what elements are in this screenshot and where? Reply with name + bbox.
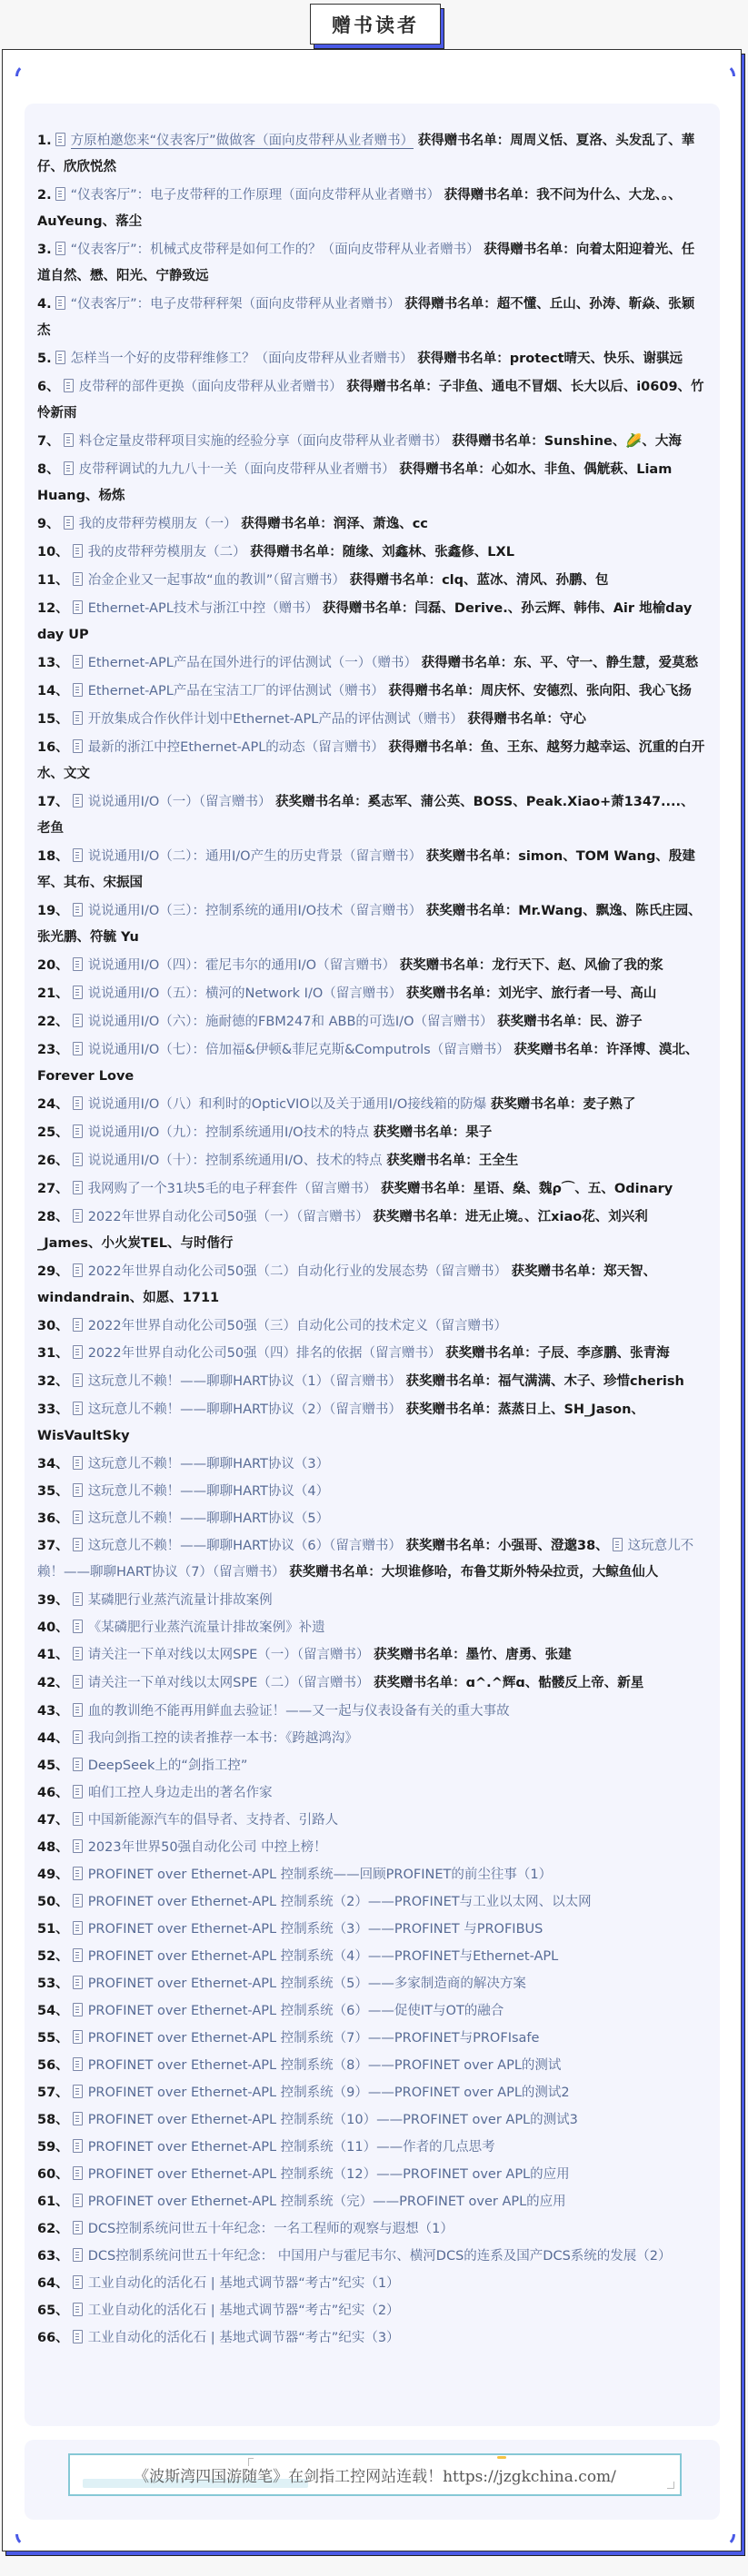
list-item: 1.方原柏邀您来“仪表客厅”做做客（面向皮带秤从业者赠书） 获得赠书名单：周周义…: [37, 128, 707, 181]
list-item: 11、冶金企业又一起事故“血的教训”（留言赠书） 获得赠书名单：clq、蓝冰、清…: [37, 568, 707, 594]
document-icon: [73, 2330, 83, 2343]
list-item: 10、我的皮带秤劳模朋友（二） 获得赠书名单：随缘、刘鑫林、张鑫修、LXL: [37, 540, 707, 566]
promo-banner[interactable]: 《波斯湾四国游随笔》在剑指工控网站连载！https://jzgkchina.co…: [68, 2453, 682, 2496]
document-icon: [613, 1538, 623, 1551]
item-number: 54、: [37, 2004, 69, 2018]
list-item: 37、这玩意儿不赖！——聊聊HART协议（6）（留言赠书） 获奖赠书名单：小强哥…: [37, 1533, 707, 1586]
article-link[interactable]: 这玩意儿不赖！——聊聊HART协议（6）（留言赠书）: [88, 1539, 402, 1553]
document-icon: [64, 461, 74, 475]
list-item: 8、皮带秤调试的九九八十一关（面向皮带秤从业者赠书） 获得赠书名单：心如水、非鱼…: [37, 457, 707, 510]
article-link[interactable]: DCS控制系统问世五十年纪念：一名工程师的观察与遐想（1）: [88, 2222, 454, 2236]
article-link[interactable]: PROFINET over Ethernet-APL 控制系统（4）——PROF…: [88, 1949, 559, 1964]
document-icon: [73, 683, 83, 697]
list-item: 18、说说通用I/O（二）：通用I/O产生的历史背景（留言赠书） 获奖赠书名单：…: [37, 844, 707, 897]
item-number: 20、: [37, 958, 69, 973]
document-icon: [73, 1263, 83, 1277]
item-number: 19、: [37, 904, 69, 918]
document-icon: [73, 2221, 83, 2234]
article-link[interactable]: 说说通用I/O（七）：倍加福&伊顿&菲尼克斯&Computrols（留言赠书）: [88, 1043, 510, 1057]
article-link[interactable]: PROFINET over Ethernet-APL 控制系统（8）——PROF…: [88, 2058, 562, 2073]
item-number: 27、: [37, 1182, 69, 1196]
article-link[interactable]: 说说通用I/O（一）（留言赠书）: [88, 795, 272, 809]
list-item: 64、工业自动化的活化石 | 基地式调节器“考古”纪实（1）: [37, 2271, 707, 2297]
article-link[interactable]: 我网购了一个31块5毛的电子秤套件（留言赠书）: [88, 1182, 377, 1196]
document-icon: [73, 2057, 83, 2071]
list-item: 55、PROFINET over Ethernet-APL 控制系统（7）——P…: [37, 2026, 707, 2052]
item-number: 4.: [37, 297, 52, 312]
item-number: 62、: [37, 2222, 69, 2236]
article-link[interactable]: 我向剑指工控的读者推荐一本书：《跨越鸿沟》: [88, 1731, 358, 1746]
article-link[interactable]: 这玩意儿不赖！——聊聊HART协议（5）: [88, 1511, 329, 1526]
winners-list: 获奖赠书名单：王全生: [386, 1154, 518, 1168]
document-icon: [73, 1730, 83, 1744]
document-icon: [73, 1785, 83, 1798]
list-item: 44、我向剑指工控的读者推荐一本书：《跨越鸿沟》: [37, 1726, 707, 1752]
document-icon: [73, 2139, 83, 2153]
item-number: 32、: [37, 1374, 69, 1389]
document-icon: [73, 903, 83, 916]
item-number: 12、: [37, 601, 69, 616]
item-number: 49、: [37, 1868, 69, 1882]
article-link[interactable]: 工业自动化的活化石 | 基地式调节器“考古”纪实（1）: [88, 2276, 400, 2291]
item-number: 33、: [37, 1402, 69, 1417]
document-icon: [73, 1014, 83, 1027]
article-link[interactable]: 说说通用I/O（九）：控制系统通用I/O技术的特点: [88, 1125, 369, 1140]
article-link[interactable]: DeepSeek上的“剑指工控”: [88, 1759, 248, 1773]
document-icon: [73, 1921, 83, 1935]
article-link[interactable]: 料仓定量皮带秤项目实施的经验分享（面向皮带秤从业者赠书）: [79, 434, 448, 449]
article-link[interactable]: 2022年世界自动化公司50强（二）自动化行业的发展态势（留言赠书）: [88, 1264, 507, 1279]
document-icon: [73, 1976, 83, 1989]
item-number: 9、: [37, 517, 60, 531]
document-icon: [73, 1592, 83, 1606]
list-item: 32、这玩意儿不赖！——聊聊HART协议（1）（留言赠书） 获奖赠书名单：福气满…: [37, 1369, 707, 1395]
item-number: 63、: [37, 2249, 69, 2264]
item-number: 10、: [37, 545, 69, 560]
winners-list: 获得赠书名单：protect晴天、快乐、谢骐远: [417, 352, 683, 366]
article-link[interactable]: 说说通用I/O（十）：控制系统通用I/O、技术的特点: [88, 1154, 383, 1168]
document-icon: [73, 1867, 83, 1880]
item-number: 11、: [37, 573, 69, 588]
list-item: 2.“仪表客厅”：电子皮带秤的工作原理（面向皮带秤从业者赠书） 获得赠书名单：我…: [37, 183, 707, 235]
item-number: 35、: [37, 1484, 69, 1499]
article-link[interactable]: 这玩意儿不赖！——聊聊HART协议（2）（留言赠书）: [88, 1402, 402, 1417]
item-number: 31、: [37, 1346, 69, 1361]
item-number: 42、: [37, 1676, 69, 1690]
document-icon: [73, 2194, 83, 2207]
winners-list: 获奖赠书名单：刘光宇、旅行者一号、高山: [406, 986, 657, 1001]
list-item: 50、PROFINET over Ethernet-APL 控制系统（2）——P…: [37, 1889, 707, 1916]
section-title: 赠书读者: [310, 4, 441, 45]
document-icon: [73, 600, 83, 614]
book-giveaway-panel: 1.方原柏邀您来“仪表客厅”做做客（面向皮带秤从业者赠书） 获得赠书名单：周周义…: [25, 104, 720, 2426]
list-item: 42、请关注一下单对线以太网SPE（二）（留言赠书） 获奖赠书名单：ɑ^.^辉ɑ…: [37, 1670, 707, 1697]
article-link[interactable]: PROFINET over Ethernet-APL 控制系统（7）——PROF…: [88, 2031, 540, 2046]
article-link[interactable]: PROFINET over Ethernet-APL 控制系统（11）——作者的…: [88, 2140, 495, 2155]
item-number: 13、: [37, 656, 69, 670]
item-number: 1.: [37, 134, 52, 148]
winners-list: 获奖赠书名单：果子: [374, 1125, 493, 1140]
list-item: 17、说说通用I/O（一）（留言赠书） 获奖赠书名单：奚志军、蒲公英、BOSS、…: [37, 789, 707, 842]
article-link[interactable]: 说说通用I/O（四）：霍尼韦尔的通用I/O（留言赠书）: [88, 958, 395, 973]
article-link[interactable]: 最新的浙江中控Ethernet-APL的动态（留言赠书）: [88, 740, 384, 755]
document-icon: [73, 1125, 83, 1138]
item-number: 46、: [37, 1786, 69, 1800]
banner-text: 《波斯湾四国游随笔》在剑指工控网站连载！https://jzgkchina.co…: [134, 2463, 616, 2486]
list-item: 15、开放集成合作伙伴计划中Ethernet-APL产品的评估测试（赠书） 获得…: [37, 707, 707, 733]
list-item: 13、Ethernet-APL产品在国外进行的评估测试（一）（赠书） 获得赠书名…: [37, 650, 707, 677]
list-item: 22、说说通用I/O（六）：施耐德的FBM247和 ABB的可选I/O（留言赠书…: [37, 1009, 707, 1035]
article-link[interactable]: 《某磷肥行业蒸汽流量计排故案例》补遗: [88, 1620, 325, 1635]
item-number: 52、: [37, 1949, 69, 1964]
item-number: 37、: [37, 1539, 69, 1553]
document-icon: [73, 2166, 83, 2180]
document-icon: [55, 187, 65, 201]
list-item: 39、某磷肥行业蒸汽流量计排故案例: [37, 1588, 707, 1614]
list-item: 49、PROFINET over Ethernet-APL 控制系统——回顾PR…: [37, 1862, 707, 1888]
document-icon: [73, 2112, 83, 2125]
document-icon: [73, 1647, 83, 1660]
winners-list: 获得赠书名单：clq、蓝冰、清风、孙鹏、包: [350, 573, 609, 588]
article-link[interactable]: 请关注一下单对线以太网SPE（二）（留言赠书）: [88, 1676, 370, 1690]
item-number: 44、: [37, 1731, 69, 1746]
list-item: 65、工业自动化的活化石 | 基地式调节器“考古”纪实（2）: [37, 2298, 707, 2324]
winners-list: 获奖赠书名单：大坝谁修哈，布鲁艾斯外特朵拉贡，大鲸鱼仙人: [289, 1565, 658, 1580]
list-item: 34、这玩意儿不赖！——聊聊HART协议（3）: [37, 1451, 707, 1478]
document-icon: [73, 2303, 83, 2316]
item-number: 15、: [37, 712, 69, 727]
list-item: 29、2022年世界自动化公司50强（二）自动化行业的发展态势（留言赠书） 获奖…: [37, 1259, 707, 1312]
item-number: 34、: [37, 1457, 69, 1471]
document-icon: [55, 296, 65, 310]
list-item: 28、2022年世界自动化公司50强（一）（留言赠书） 获奖赠书名单：进无止境。…: [37, 1204, 707, 1257]
list-item: 43、血的教训绝不能再用鲜血去验证！——又一起与仪表设备有关的重大事故: [37, 1699, 707, 1725]
document-icon: [73, 986, 83, 999]
list-item: 61、PROFINET over Ethernet-APL 控制系统（完）——P…: [37, 2189, 707, 2215]
document-icon: [73, 1948, 83, 1962]
document-icon: [73, 572, 83, 586]
document-icon: [73, 1209, 83, 1223]
item-number: 55、: [37, 2031, 69, 2046]
list-item: 45、DeepSeek上的“剑指工控”: [37, 1753, 707, 1779]
document-icon: [73, 739, 83, 753]
document-icon: [73, 1345, 83, 1359]
item-number: 45、: [37, 1759, 69, 1773]
item-number: 21、: [37, 986, 69, 1001]
item-number: 16、: [37, 740, 69, 755]
article-link[interactable]: PROFINET over Ethernet-APL 控制系统——回顾PROFI…: [88, 1868, 552, 1882]
bracket-decoration: [667, 2482, 674, 2489]
article-link[interactable]: 皮带秤的部件更换（面向皮带秤从业者赠书）: [79, 380, 343, 394]
article-link[interactable]: 说说通用I/O（三）：控制系统的通用I/O技术（留言赠书）: [88, 904, 422, 918]
article-link[interactable]: Ethernet-APL产品在宝洁工厂的评估测试（赠书）: [88, 684, 384, 698]
winners-list: 获得赠书名单：守心: [467, 712, 586, 727]
document-icon: [73, 1894, 83, 1907]
list-item: 26、说说通用I/O（十）：控制系统通用I/O、技术的特点 获奖赠书名单：王全生: [37, 1148, 707, 1174]
item-number: 2.: [37, 188, 52, 203]
list-item: 30、2022年世界自动化公司50强（三）自动化公司的技术定义（留言赠书）: [37, 1313, 707, 1340]
article-link[interactable]: 工业自动化的活化石 | 基地式调节器“考古”纪实（3）: [88, 2331, 400, 2345]
item-number: 29、: [37, 1264, 69, 1279]
list-item: 36、这玩意儿不赖！——聊聊HART协议（5）: [37, 1506, 707, 1532]
article-link[interactable]: 2022年世界自动化公司50强（一）（留言赠书）: [88, 1210, 369, 1224]
list-item: 53、PROFINET over Ethernet-APL 控制系统（5）——多…: [37, 1971, 707, 1997]
article-link[interactable]: 方原柏邀您来“仪表客厅”做做客（面向皮带秤从业者赠书）: [71, 134, 414, 149]
document-icon: [73, 1511, 83, 1524]
list-item: 58、PROFINET over Ethernet-APL 控制系统（10）——…: [37, 2107, 707, 2134]
document-icon: [73, 544, 83, 558]
list-item: 52、PROFINET over Ethernet-APL 控制系统（4）——P…: [37, 1944, 707, 1970]
list-item: 41、请关注一下单对线以太网SPE（一）（留言赠书） 获奖赠书名单：墨竹、唐勇、…: [37, 1642, 707, 1669]
article-link[interactable]: 2023年世界50强自动化公司 中控上榜！: [88, 1840, 327, 1855]
document-icon: [73, 1153, 83, 1166]
winners-list: 获奖赠书名单：墨竹、唐勇、张建: [374, 1648, 572, 1662]
document-icon: [73, 1675, 83, 1689]
document-icon: [73, 655, 83, 669]
list-item: 63、DCS控制系统问世五十年纪念： 中国用户与霍尼韦尔、横河DCS的连系及国产…: [37, 2244, 707, 2270]
article-link[interactable]: 某磷肥行业蒸汽流量计排故案例: [88, 1593, 273, 1608]
item-number: 66、: [37, 2331, 69, 2345]
item-number: 3.: [37, 243, 52, 257]
list-item: 60、PROFINET over Ethernet-APL 控制系统（12）——…: [37, 2162, 707, 2188]
article-link[interactable]: 这玩意儿不赖！——聊聊HART协议（3）: [88, 1457, 329, 1471]
item-number: 24、: [37, 1097, 69, 1112]
list-item: 27、我网购了一个31块5毛的电子秤套件（留言赠书） 获奖赠书名单：星语、燊、魏…: [37, 1176, 707, 1203]
item-number: 65、: [37, 2304, 69, 2318]
document-icon: [73, 2248, 83, 2262]
article-link[interactable]: PROFINET over Ethernet-APL 控制系统（2）——PROF…: [88, 1895, 592, 1909]
article-link[interactable]: “仪表客厅”：电子皮带秤秤架（面向皮带秤从业者赠书）: [71, 297, 401, 312]
list-item: 23、说说通用I/O（七）：倍加福&伊顿&菲尼克斯&Computrols（留言赠…: [37, 1037, 707, 1090]
document-icon: [73, 1042, 83, 1055]
list-item: 9、我的皮带秤劳模朋友（一） 获得赠书名单：润泽、萧逸、cc: [37, 511, 707, 538]
list-item: 21、说说通用I/O（五）：横河的Network I/O（留言赠书） 获奖赠书名…: [37, 981, 707, 1007]
item-number: 8、: [37, 462, 60, 477]
document-icon: [64, 379, 74, 392]
document-icon: [73, 957, 83, 971]
winners-list: 获得赠书名单：周庆怀、安德烈、张向阳、我心飞扬: [388, 684, 692, 698]
article-link[interactable]: 皮带秤调试的九九八十一关（面向皮带秤从业者赠书）: [79, 462, 395, 477]
list-item: 57、PROFINET over Ethernet-APL 控制系统（9）——P…: [37, 2080, 707, 2106]
item-number: 40、: [37, 1620, 69, 1635]
list-item: 25、说说通用I/O（九）：控制系统通用I/O技术的特点 获奖赠书名单：果子: [37, 1120, 707, 1146]
item-number: 57、: [37, 2086, 69, 2100]
list-item: 56、PROFINET over Ethernet-APL 控制系统（8）——P…: [37, 2053, 707, 2079]
list-item: 40、《某磷肥行业蒸汽流量计排故案例》补遗: [37, 1615, 707, 1641]
item-number: 5.: [37, 352, 52, 366]
article-link[interactable]: PROFINET over Ethernet-APL 控制系统（完）——PROF…: [88, 2195, 566, 2209]
document-icon: [73, 2085, 83, 2098]
giveaway-list: 1.方原柏邀您来“仪表客厅”做做客（面向皮带秤从业者赠书） 获得赠书名单：周周义…: [37, 128, 707, 2352]
winners-list: 获奖赠书名单：福气满满、木子、珍惜cherish: [405, 1374, 683, 1389]
document-icon: [73, 1703, 83, 1717]
list-item: 48、2023年世界50强自动化公司 中控上榜！: [37, 1835, 707, 1861]
document-icon: [73, 711, 83, 725]
item-number: 28、: [37, 1210, 69, 1224]
item-number: 58、: [37, 2113, 69, 2127]
list-item: 35、这玩意儿不赖！——聊聊HART协议（4）: [37, 1479, 707, 1505]
item-number: 47、: [37, 1813, 69, 1828]
document-icon: [73, 1181, 83, 1194]
item-number: 43、: [37, 1704, 69, 1719]
winners-list: 获得赠书名单：Sunshine、🌽、大海: [452, 434, 682, 449]
article-link[interactable]: 血的教训绝不能再用鲜血去验证！——又一起与仪表设备有关的重大事故: [88, 1704, 510, 1719]
winners-list: 获奖赠书名单：麦子熟了: [491, 1097, 636, 1112]
item-number: 60、: [37, 2167, 69, 2182]
article-link[interactable]: 说说通用I/O（五）：横河的Network I/O（留言赠书）: [88, 986, 403, 1001]
item-number: 41、: [37, 1648, 69, 1662]
article-link[interactable]: PROFINET over Ethernet-APL 控制系统（3）——PROF…: [88, 1922, 544, 1937]
item-number: 18、: [37, 849, 69, 864]
document-icon: [64, 433, 74, 447]
winners-list: 获奖赠书名单：ɑ^.^辉ɑ、骷髅反上帝、新星: [374, 1676, 643, 1690]
article-link[interactable]: Ethernet-APL产品在国外进行的评估测试（一）（赠书）: [88, 656, 417, 670]
winners-list: 获得赠书名单：随缘、刘鑫林、张鑫修、LXL: [250, 545, 514, 560]
document-icon: [73, 848, 83, 862]
winners-list: 获奖赠书名单：民、游子: [497, 1015, 643, 1029]
list-item: 7、料仓定量皮带秤项目实施的经验分享（面向皮带秤从业者赠书） 获得赠书名单：Su…: [37, 429, 707, 455]
document-icon: [73, 1373, 83, 1387]
article-link[interactable]: “仪表客厅”：电子皮带秤的工作原理（面向皮带秤从业者赠书）: [71, 188, 441, 203]
document-icon: [55, 351, 65, 364]
article-link[interactable]: 2022年世界自动化公司50强（三）自动化公司的技术定义（留言赠书）: [88, 1319, 507, 1333]
document-icon: [73, 1839, 83, 1853]
list-item: 4.“仪表客厅”：电子皮带秤秤架（面向皮带秤从业者赠书） 获得赠书名单：超不懂、…: [37, 292, 707, 344]
article-link[interactable]: PROFINET over Ethernet-APL 控制系统（6）——促使IT…: [88, 2004, 504, 2018]
item-number: 36、: [37, 1511, 69, 1526]
item-number: 56、: [37, 2058, 69, 2073]
article-link[interactable]: PROFINET over Ethernet-APL 控制系统（10）——PRO…: [88, 2113, 578, 2127]
winners-list: 获奖赠书名单：星语、燊、魏ρ⌒、五、Odinary: [381, 1182, 673, 1196]
document-icon: [73, 794, 83, 807]
article-link[interactable]: 咱们工控人身边走出的著名作家: [88, 1786, 273, 1800]
item-number: 53、: [37, 1977, 69, 1991]
article-link[interactable]: 这玩意儿不赖！——聊聊HART协议（1）（留言赠书）: [88, 1374, 402, 1389]
item-number: 59、: [37, 2140, 69, 2155]
list-item: 47、中国新能源汽车的倡导者、支持者、引路人: [37, 1808, 707, 1834]
document-icon: [73, 1318, 83, 1332]
document-icon: [64, 516, 74, 530]
article-link[interactable]: 说说通用I/O（六）：施耐德的FBM247和 ABB的可选I/O（留言赠书）: [88, 1015, 494, 1029]
article-link[interactable]: 怎样当一个好的皮带秤维修工？（面向皮带秤从业者赠书）: [71, 352, 414, 366]
article-link[interactable]: 说说通用I/O（二）：通用I/O产生的历史背景（留言赠书）: [88, 849, 422, 864]
article-link[interactable]: 说说通用I/O（八）和利时的OpticVIO以及关于通用I/O接线箱的防爆: [88, 1097, 487, 1112]
item-number: 48、: [37, 1840, 69, 1855]
document-icon: [73, 1758, 83, 1771]
item-number: 61、: [37, 2195, 69, 2209]
winners-list: 获得赠书名单：润泽、萧逸、cc: [241, 517, 428, 531]
document-icon: [73, 1538, 83, 1551]
document-icon: [73, 1483, 83, 1497]
item-number: 64、: [37, 2276, 69, 2291]
item-number: 22、: [37, 1015, 69, 1029]
item-number: 39、: [37, 1593, 69, 1608]
article-link[interactable]: PROFINET over Ethernet-APL 控制系统（5）——多家制造…: [88, 1977, 526, 1991]
item-number: 30、: [37, 1319, 69, 1333]
document-icon: [73, 1456, 83, 1470]
list-item: 3.“仪表客厅”：机械式皮带秤是如何工作的？（面向皮带秤从业者赠书） 获得赠书名…: [37, 237, 707, 290]
document-icon: [55, 242, 65, 255]
dot-decoration: [497, 2456, 506, 2459]
list-item: 16、最新的浙江中控Ethernet-APL的动态（留言赠书） 获得赠书名单：鱼…: [37, 735, 707, 788]
list-item: 31、2022年世界自动化公司50强（四）排名的依据（留言赠书） 获奖赠书名单：…: [37, 1341, 707, 1367]
winners-list: 获奖赠书名单：龙行天下、赵、风偷了我的浆: [400, 958, 663, 973]
article-link[interactable]: DCS控制系统问世五十年纪念： 中国用户与霍尼韦尔、横河DCS的连系及国产DCS…: [88, 2249, 672, 2264]
list-item: 33、这玩意儿不赖！——聊聊HART协议（2）（留言赠书） 获奖赠书名单：蒸蒸日…: [37, 1397, 707, 1450]
list-item: 20、说说通用I/O（四）：霍尼韦尔的通用I/O（留言赠书） 获奖赠书名单：龙行…: [37, 953, 707, 979]
item-number: 6、: [37, 380, 60, 394]
document-icon: [73, 2030, 83, 2044]
list-item: 12、Ethernet-APL技术与浙江中控（赠书） 获得赠书名单：闫磊、Der…: [37, 596, 707, 649]
list-item: 54、PROFINET over Ethernet-APL 控制系统（6）——促…: [37, 1998, 707, 2025]
list-item: 51、PROFINET over Ethernet-APL 控制系统（3）——P…: [37, 1917, 707, 1943]
article-link[interactable]: PROFINET over Ethernet-APL 控制系统（9）——PROF…: [88, 2086, 570, 2100]
item-number: 7、: [37, 434, 60, 449]
document-icon: [73, 2275, 83, 2289]
winners-list: 获奖赠书名单：小强哥、澄邈38、: [405, 1539, 608, 1553]
article-link[interactable]: 我的皮带秤劳模朋友（二）: [88, 545, 246, 560]
article-link[interactable]: 请关注一下单对线以太网SPE（一）（留言赠书）: [88, 1648, 370, 1662]
document-icon: [73, 1402, 83, 1415]
item-number: 23、: [37, 1043, 69, 1057]
document-icon: [73, 1812, 83, 1826]
item-number: 26、: [37, 1154, 69, 1168]
list-item: 46、咱们工控人身边走出的著名作家: [37, 1780, 707, 1807]
item-number: 17、: [37, 795, 69, 809]
list-item: 24、说说通用I/O（八）和利时的OpticVIO以及关于通用I/O接线箱的防爆…: [37, 1092, 707, 1118]
list-item: 6、皮带秤的部件更换（面向皮带秤从业者赠书） 获得赠书名单：子非鱼、通电不冒烟、…: [37, 374, 707, 427]
item-number: 14、: [37, 684, 69, 698]
article-link[interactable]: PROFINET over Ethernet-APL 控制系统（12）——PRO…: [88, 2167, 570, 2182]
item-number: 50、: [37, 1895, 69, 1909]
list-item: 5.怎样当一个好的皮带秤维修工？（面向皮带秤从业者赠书） 获得赠书名单：prot…: [37, 346, 707, 372]
article-link[interactable]: 工业自动化的活化石 | 基地式调节器“考古”纪实（2）: [88, 2304, 400, 2318]
document-icon: [55, 133, 65, 146]
list-item: 14、Ethernet-APL产品在宝洁工厂的评估测试（赠书） 获得赠书名单：周…: [37, 679, 707, 705]
winners-list: 获得赠书名单：东、平、守一、静生慧，爱莫愁: [422, 656, 699, 670]
article-link[interactable]: Ethernet-APL技术与浙江中控（赠书）: [88, 601, 319, 616]
list-item: 59、PROFINET over Ethernet-APL 控制系统（11）——…: [37, 2135, 707, 2161]
winners-list: 获奖赠书名单：子辰、李彦鹏、张青海: [445, 1346, 670, 1361]
article-link[interactable]: 2022年世界自动化公司50强（四）排名的依据（留言赠书）: [88, 1346, 442, 1361]
article-link[interactable]: 冶金企业又一起事故“血的教训”（留言赠书）: [88, 573, 345, 588]
document-icon: [73, 1620, 83, 1633]
article-link[interactable]: “仪表客厅”：机械式皮带秤是如何工作的？（面向皮带秤从业者赠书）: [71, 243, 480, 257]
list-item: 19、说说通用I/O（三）：控制系统的通用I/O技术（留言赠书） 获奖赠书名单：…: [37, 898, 707, 951]
article-link[interactable]: 这玩意儿不赖！——聊聊HART协议（4）: [88, 1484, 329, 1499]
item-number: 51、: [37, 1922, 69, 1937]
item-number: 25、: [37, 1125, 69, 1140]
article-link[interactable]: 开放集成合作伙伴计划中Ethernet-APL产品的评估测试（赠书）: [88, 712, 464, 727]
document-icon: [73, 1096, 83, 1110]
article-link[interactable]: 中国新能源汽车的倡导者、支持者、引路人: [88, 1813, 339, 1828]
document-icon: [73, 2003, 83, 2016]
article-link[interactable]: 我的皮带秤劳模朋友（一）: [79, 517, 237, 531]
list-item: 62、DCS控制系统问世五十年纪念：一名工程师的观察与遐想（1）: [37, 2216, 707, 2243]
list-item: 66、工业自动化的活化石 | 基地式调节器“考古”纪实（3）: [37, 2325, 707, 2352]
